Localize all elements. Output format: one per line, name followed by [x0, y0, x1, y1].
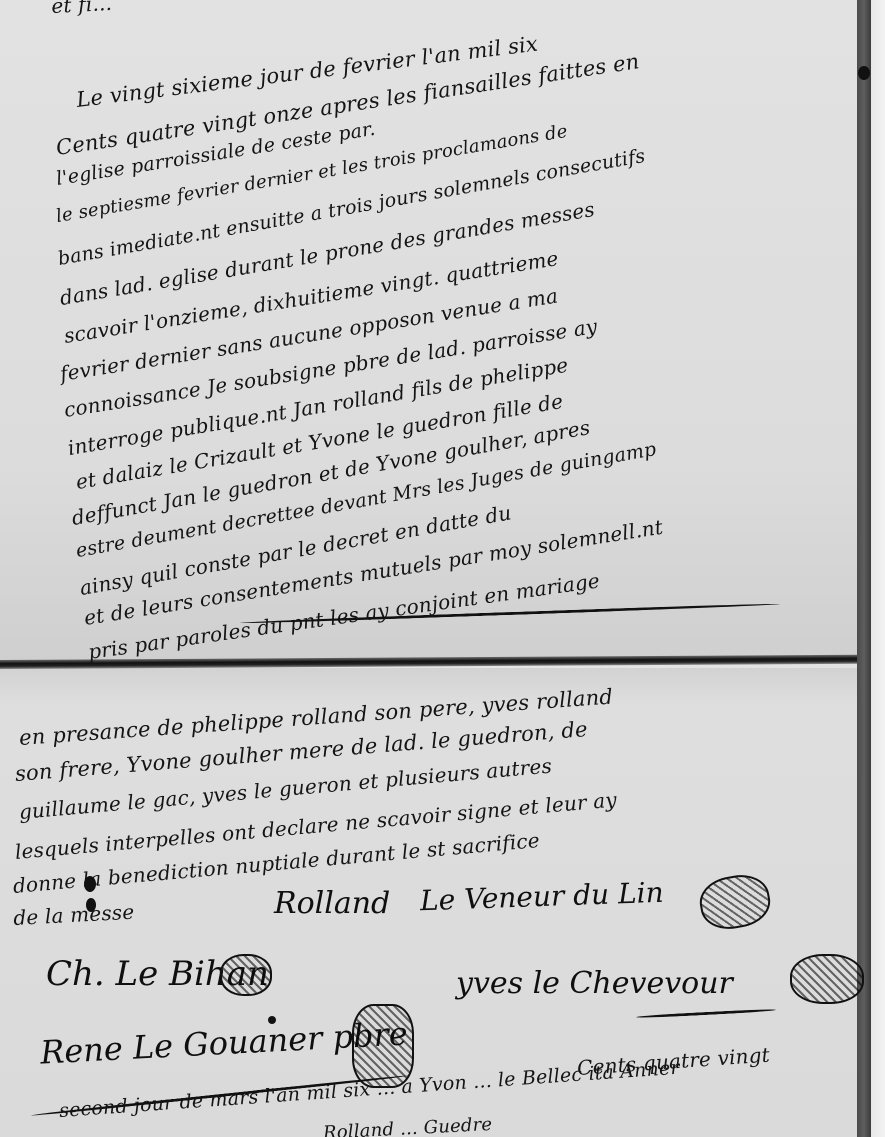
- top-fragment: et fi...: [51, 0, 113, 18]
- paraph-mark: [220, 954, 272, 996]
- paraph-mark: [790, 954, 864, 1004]
- signature-rolland: Rolland: [274, 886, 390, 921]
- ink-blot: [84, 876, 96, 892]
- register-page: et fi... Le vingt sixieme jour de fevrie…: [0, 0, 885, 1137]
- ink-blot: [86, 898, 96, 912]
- signature-chevevour: yves le Chevevour: [456, 966, 733, 1001]
- page-margin: [871, 0, 885, 1137]
- binding-thread: [858, 66, 870, 80]
